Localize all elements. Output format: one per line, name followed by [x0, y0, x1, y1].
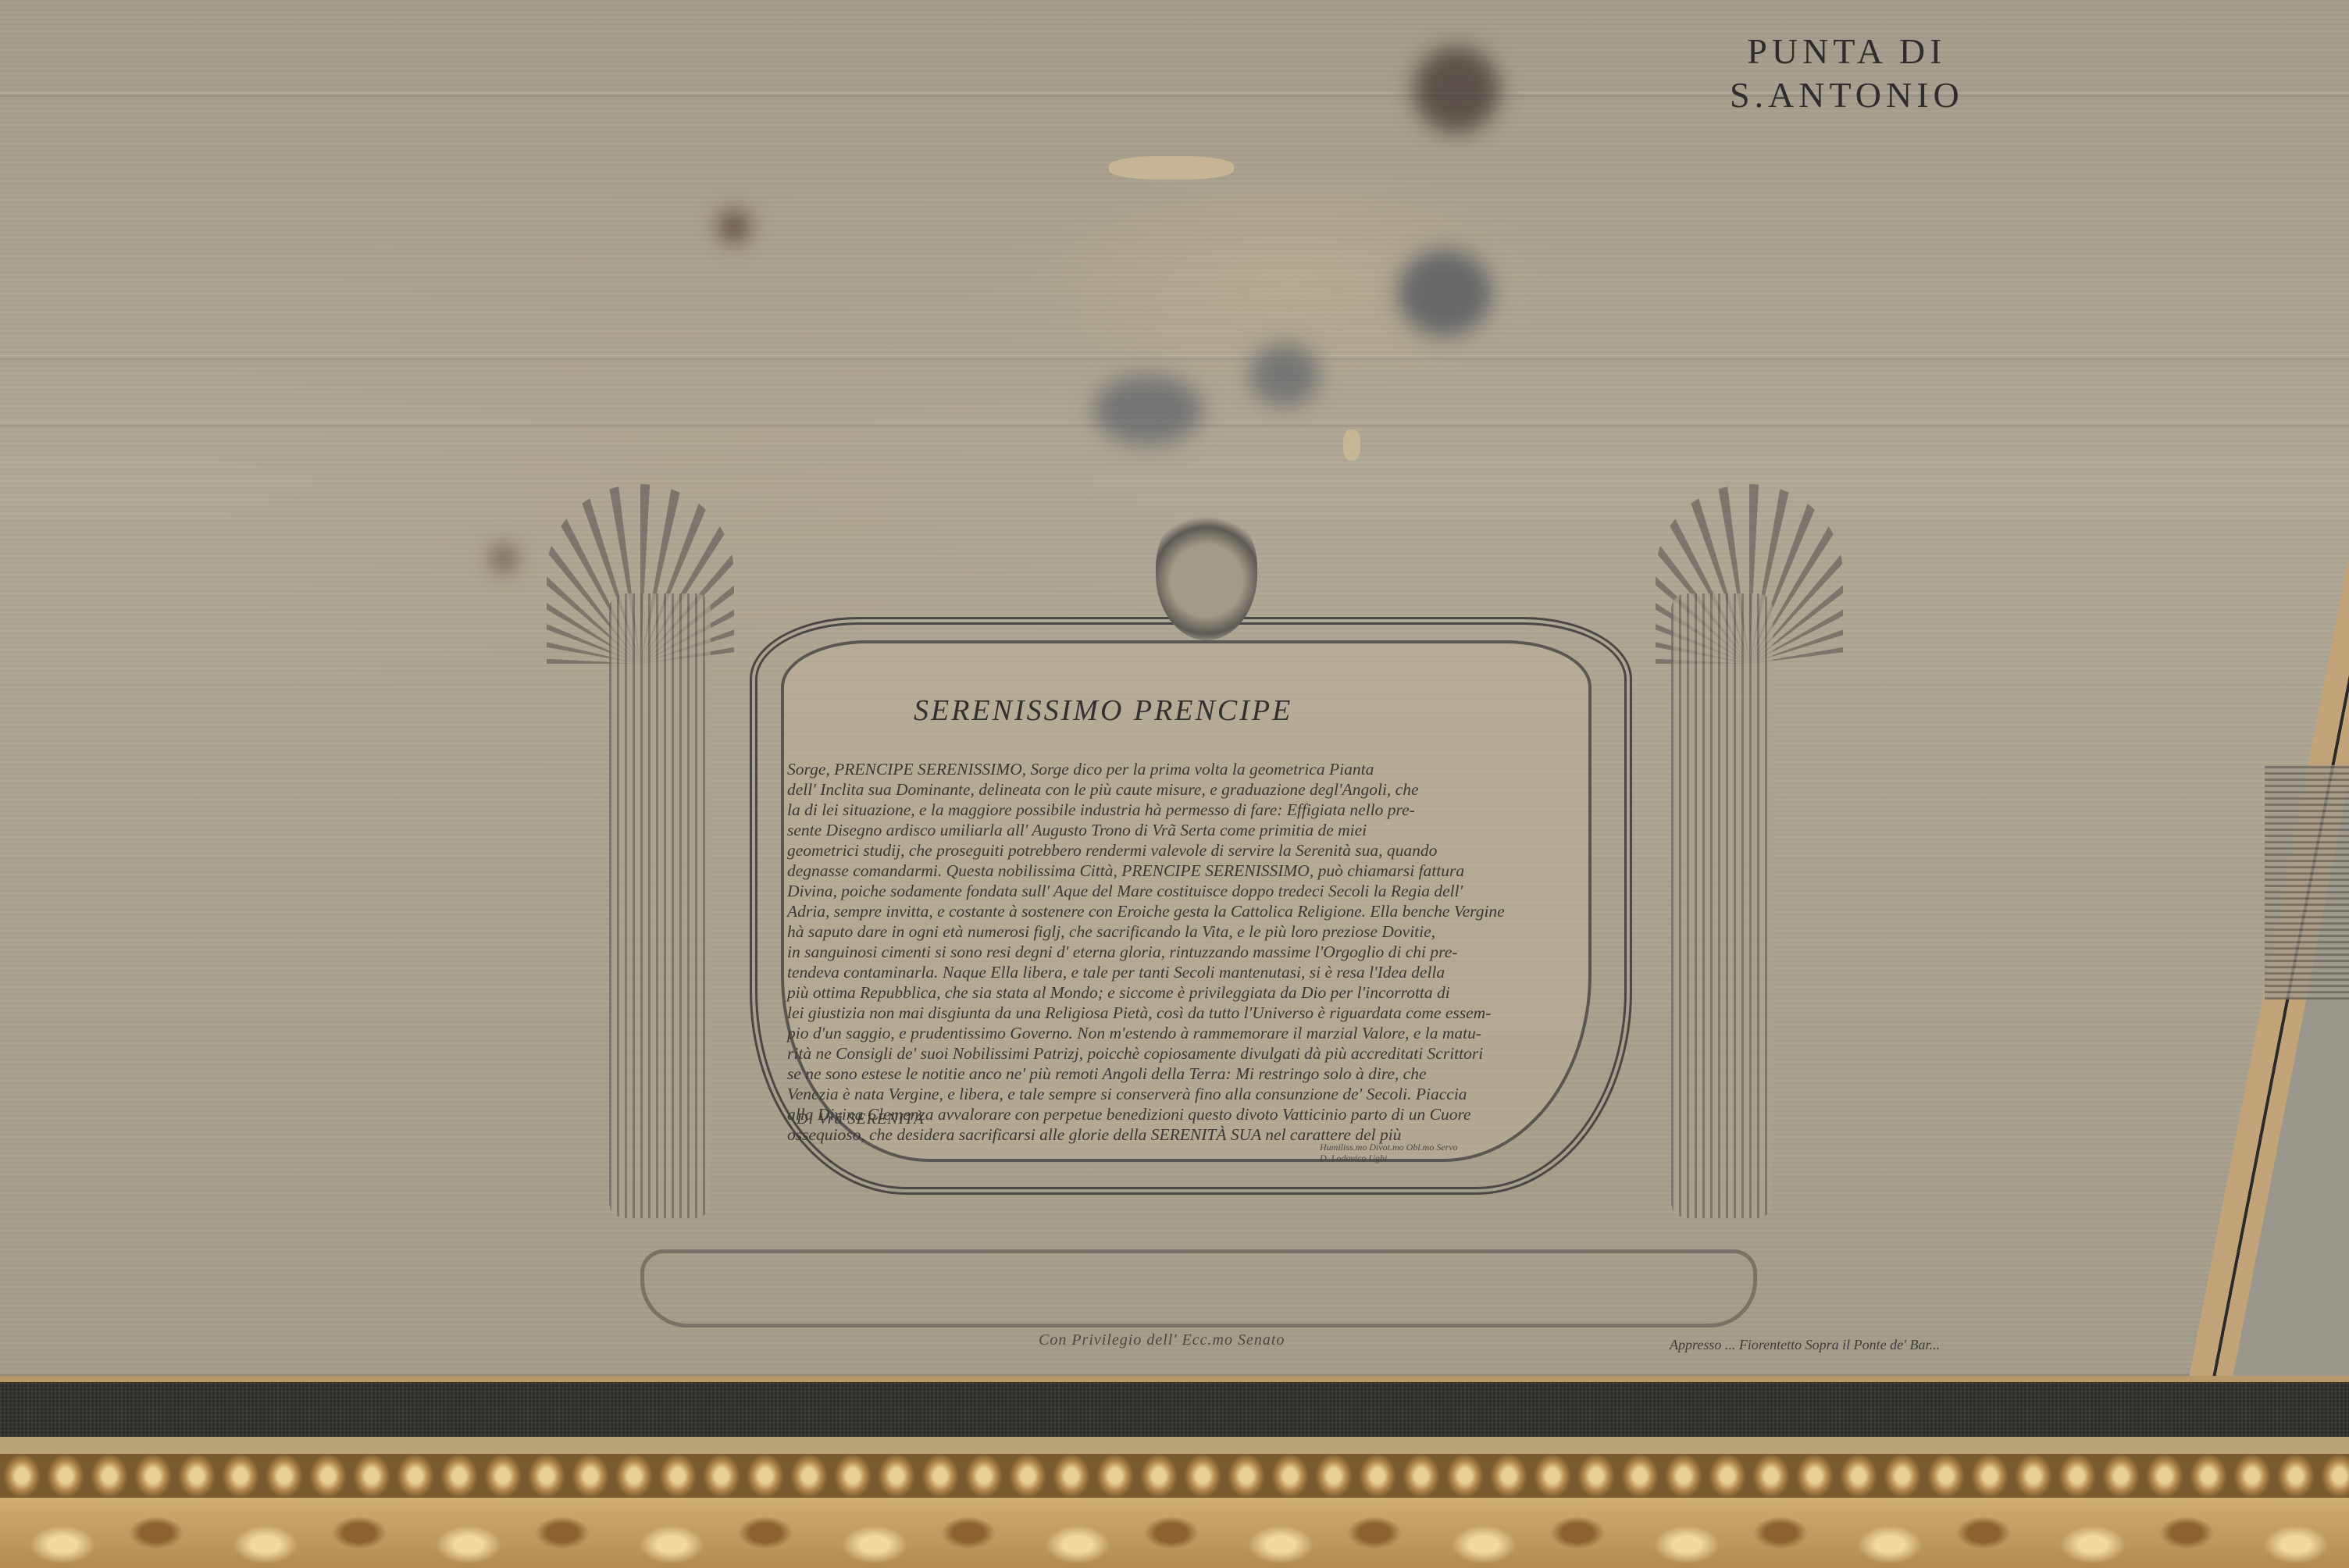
paper-loss	[1109, 156, 1234, 180]
text-line: degnasse comandarmi. Questa nobilissima …	[787, 861, 1701, 881]
left-column-ornament	[609, 593, 711, 1218]
text-line: Adria, sempre invitta, e costante à sost…	[787, 901, 1701, 921]
place-label-punta-di-santonio: PUNTA DI S.ANTONIO	[1730, 30, 1964, 117]
cartouche-base	[640, 1249, 1757, 1327]
text-line: se ne sono estese le notitie anco ne' pi…	[787, 1064, 1701, 1084]
text-line: hà saputo dare in ogni età numerosi figl…	[787, 921, 1701, 942]
gilt-frame-carving	[0, 1498, 2349, 1568]
fold-crease	[0, 92, 2349, 97]
signature-line: D. Lodovico Ughi	[1320, 1153, 1458, 1164]
frame-lip	[0, 1437, 2349, 1454]
text-line: più ottima Repubblica, che sia stata al …	[787, 982, 1701, 1003]
text-line: la di lei situazione, e la maggiore poss…	[787, 800, 1701, 820]
adjacent-engraving-fragment	[2265, 765, 2349, 1000]
beaded-molding	[0, 1454, 2349, 1498]
text-line: in sanguinosi cimenti si sono resi degni…	[787, 942, 1701, 962]
privilege-line: Con Privilegio dell' Ecc.mo Senato	[1039, 1331, 1285, 1349]
water-stain	[1398, 250, 1492, 336]
place-label-line: S.ANTONIO	[1730, 73, 1964, 117]
water-stain	[1413, 47, 1499, 133]
signature: Humiliss.mo Divot.mo Obl.mo Servo D. Lod…	[1320, 1142, 1458, 1164]
paper-loss	[1343, 429, 1360, 461]
cartouche-title: SERENISSIMO PRENCIPE	[914, 693, 1292, 728]
frame-mat	[0, 1376, 2349, 1443]
water-stain	[1249, 344, 1320, 406]
text-line: Venezia è nata Vergine, e libera, e tale…	[787, 1084, 1701, 1104]
ink-spot	[492, 547, 515, 570]
text-line: dell' Inclita sua Dominante, delineata c…	[787, 779, 1701, 800]
water-stain	[1093, 375, 1203, 445]
printer-imprint: Appresso ... Fiorentetto Sopra il Ponte …	[1670, 1337, 1940, 1353]
text-line: rità ne Consigli de' suoi Nobilissimi Pa…	[787, 1043, 1701, 1064]
signature-line: Humiliss.mo Divot.mo Obl.mo Servo	[1320, 1142, 1458, 1153]
dedication-text: Sorge, PRENCIPE SERENISSIMO, Sorge dico …	[787, 759, 1701, 1145]
text-line: pio d'un saggio, e prudentissimo Governo…	[787, 1023, 1701, 1043]
text-line: lei giustizia non mai disgiunta da una R…	[787, 1003, 1701, 1023]
text-line: geometrici studij, che proseguiti potreb…	[787, 840, 1701, 861]
place-label-line: PUNTA DI	[1730, 30, 1964, 73]
ink-spot	[718, 211, 750, 242]
text-line: sente Disegno ardisco umiliarla all' Aug…	[787, 820, 1701, 840]
salutation: Di Vrã SERENITÀ	[797, 1110, 925, 1128]
grotesque-mask-ornament	[1156, 508, 1257, 640]
fold-crease	[0, 355, 2349, 360]
text-line: tendeva contaminarla. Naque Ella libera,…	[787, 962, 1701, 982]
text-line: Divina, poiche sodamente fondata sull' A…	[787, 881, 1701, 901]
text-line: Sorge, PRENCIPE SERENISSIMO, Sorge dico …	[787, 759, 1701, 779]
